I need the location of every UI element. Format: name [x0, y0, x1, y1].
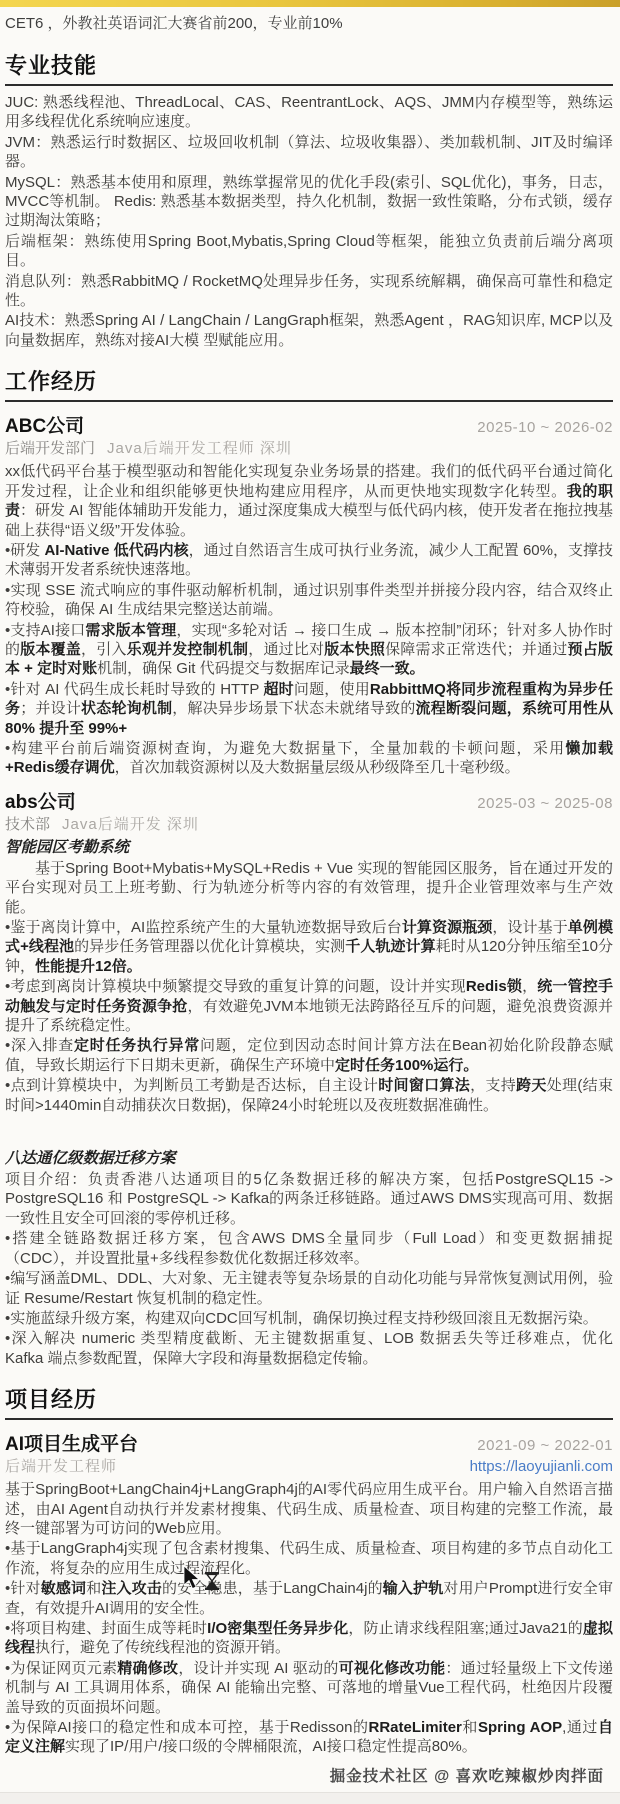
- bullet-item: •构建平台前后端资源树查询，为避免大数据量下，全量加载的卡顿问题，采用懒加载+R…: [5, 739, 613, 778]
- spacer: [5, 1116, 613, 1146]
- bullet-item: •点到计算模块中，为判断员工考勤是否达标，自主设计时间窗口算法，支持跨天处理(结…: [5, 1076, 613, 1115]
- entry-meta: 后端开发工程师https://laoyujianli.com: [5, 1457, 613, 1477]
- bullet-item: •编写涵盖DML、DDL、大对象、无主键表等复杂场景的自动化功能与异常恢复测试用…: [5, 1269, 613, 1308]
- project-link[interactable]: https://laoyujianli.com: [470, 1457, 613, 1477]
- entry-date: 2021-09 ~ 2022-01: [477, 1437, 613, 1454]
- bullet-item: •针对敏感词和注入攻击的安全隐患，基于LangChain4j的输入护轨对用户Pr…: [5, 1579, 613, 1618]
- bullet-item: •深入排查定时任务执行异常问题，定位到因动态时间计算方法在Bean初始化阶段静态…: [5, 1036, 613, 1075]
- bullet-item: •基于LangGraph4j实现了包含素材搜集、代码生成、质量检查、项目构建的多…: [5, 1539, 613, 1578]
- paragraph: MySQL：熟悉基本使用和原理，熟练掌握常见的优化手段(索引、SQL优化)，事务…: [5, 173, 613, 231]
- bullet-item: •为保障AI接口的稳定性和成本可控，基于Redisson的RRateLimite…: [5, 1718, 613, 1757]
- paragraph: JUC: 熟悉线程池、ThreadLocal、CAS、ReentrantLock…: [5, 93, 613, 132]
- entry-meta: 后端开发部门Java后端开发工程师 深圳: [5, 439, 613, 459]
- paragraph: JVM：熟悉运行时数据区、垃圾回收机制（算法、垃圾收集器）、类加载机制、JIT及…: [5, 133, 613, 172]
- bullet-item: •研发 AI-Native 低代码内核，通过自然语言生成可执行业务流，减少人工配…: [5, 541, 613, 580]
- section-title: 专业技能: [5, 49, 613, 86]
- busy-cursor-icon: [183, 1566, 225, 1596]
- entry-role-location: 后端开发工程师: [5, 1457, 117, 1477]
- entry-meta: 技术部Java后端开发 深圳: [5, 815, 613, 835]
- section-title: 工作经历: [5, 365, 613, 402]
- entry-header: abs公司2025-03 ~ 2025-08: [5, 787, 613, 814]
- community-watermark-text: 掘金技术社区 @ 喜欢吃辣椒炒肉拌面: [330, 1764, 604, 1786]
- entry-department: 技术部: [5, 815, 50, 835]
- paragraph: AI技术：熟悉Spring AI / LangChain / LangGraph…: [5, 311, 613, 350]
- entry-title: abs公司: [5, 787, 76, 814]
- top-accent-bar: [0, 0, 620, 7]
- entry-title: AI项目生成平台: [5, 1429, 138, 1456]
- entry-date: 2025-03 ~ 2025-08: [477, 795, 613, 812]
- bullet-item: •为保证网页元素精确修改，设计并实现 AI 驱动的可视化修改功能：通过轻量级上下…: [5, 1659, 613, 1717]
- entry-header: ABC公司2025-10 ~ 2026-02: [5, 411, 613, 438]
- entry-role-location: Java后端开发工程师 深圳: [107, 439, 292, 459]
- bullet-item: •实现 SSE 流式响应的事件驱动解析机制，通过识别事件类型并拼接分段内容，结合…: [5, 581, 613, 620]
- bottom-edge-strip: [0, 1792, 620, 1804]
- paragraph: 项目介绍：负责香港八达通项目的5亿条数据迁移的解决方案，包括PostgreSQL…: [5, 1170, 613, 1228]
- entry-role-location: Java后端开发 深圳: [62, 815, 199, 835]
- entry-date: 2025-10 ~ 2026-02: [477, 419, 613, 436]
- section-title: 项目经历: [5, 1383, 613, 1420]
- paragraph: 基于SpringBoot+LangChain4j+LangGraph4j的AI零…: [5, 1480, 613, 1538]
- paragraph: 消息队列：熟悉RabbitMQ / RocketMQ处理异步任务，实现系统解耦，…: [5, 272, 613, 311]
- paragraph: 基于Spring Boot+Mybatis+MySQL+Redis + Vue …: [5, 859, 613, 917]
- project-subheading: 智能园区考勤系统: [5, 838, 613, 858]
- entry-department: 后端开发部门: [5, 439, 95, 459]
- bullet-item: •将项目构建、封面生成等耗时I/O密集型任务异步化，防止请求线程阻塞;通过Jav…: [5, 1619, 613, 1658]
- entry-title: ABC公司: [5, 411, 84, 438]
- bullet-item: •考虑到离岗计算模块中频繁提交导致的重复计算的问题，设计并实现Redis锁，统一…: [5, 977, 613, 1035]
- bullet-item: •深入解决 numeric 类型精度截断、无主键数据重复、LOB 数据丢失等迁移…: [5, 1329, 613, 1368]
- bullet-item: •搭建全链路数据迁移方案，包含AWS DMS全量同步（Full Load）和变更…: [5, 1229, 613, 1268]
- bullet-item: •针对 AI 代码生成长耗时导致的 HTTP 超时问题，使用RabbittMQ将…: [5, 680, 613, 738]
- resume-document: CET6 ，外教社英语词汇大赛省前200，专业前10%专业技能JUC: 熟悉线程…: [0, 7, 620, 1758]
- entry-header: AI项目生成平台2021-09 ~ 2022-01: [5, 1429, 613, 1456]
- project-subheading: 八达通亿级数据迁移方案: [5, 1149, 613, 1169]
- paragraph: xx低代码平台基于模型驱动和智能化实现复杂业务场景的搭建。我们的低代码平台通过简…: [5, 462, 613, 540]
- resume-note: CET6 ，外教社英语词汇大赛省前200，专业前10%: [5, 14, 613, 34]
- paragraph: 后端框架：熟练使用Spring Boot,Mybatis,Spring Clou…: [5, 232, 613, 271]
- bullet-item: •实施蓝绿升级方案，构建双向CDC回写机制，确保切换过程支持秒级回滚且无数据污染…: [5, 1309, 613, 1328]
- bullet-item: •鉴于离岗计算中，AI监控系统产生的大量轨迹数据导致后台计算资源瓶颈，设计基于单…: [5, 918, 613, 976]
- bullet-item: •支持AI接口需求版本管理，实现“多轮对话 → 接口生成 → 版本控制”闭环；针…: [5, 621, 613, 679]
